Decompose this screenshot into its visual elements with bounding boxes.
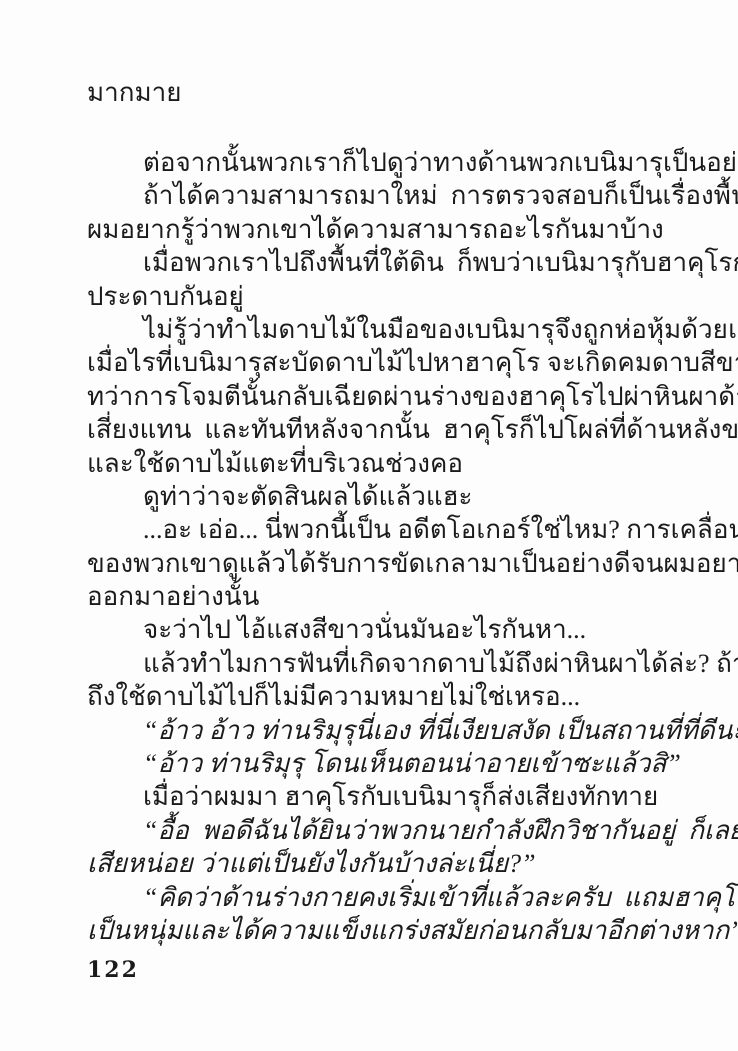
text-line: จะว่าไป ไอ้แสงสีขาวนั่นมันอะไรกันหา... bbox=[87, 613, 703, 646]
text-line: ดูท่าว่าจะตัดสินผลได้แล้วแฮะ bbox=[87, 480, 703, 513]
page-header-word: มากมาย bbox=[87, 76, 181, 109]
text-line: ถ้าได้ความสามารถมาใหม่ การตรวจสอบก็เป็นเ… bbox=[87, 179, 703, 212]
text-line: เสียหน่อย ว่าแต่เป็นยังไงกันบ้างล่ะเนี่ย… bbox=[87, 847, 703, 880]
text-line: และใช้ดาบไม้แตะที่บริเวณช่วงคอ bbox=[87, 447, 703, 480]
text-line: ประดาบกันอยู่ bbox=[87, 280, 703, 313]
text-line: ออกมาอย่างนั้น bbox=[87, 580, 703, 613]
text-line: “คิดว่าด้านร่างกายคงเริ่มเข้าที่แล้วละคร… bbox=[87, 881, 703, 914]
text-line: ...อะ เอ่อ... นี่พวกนี้เป็น อดีตโอเกอร์ใ… bbox=[87, 513, 703, 546]
text-line: ต่อจากนั้นพวกเราก็ไปดูว่าทางด้านพวกเบนิม… bbox=[87, 146, 703, 179]
text-line: ทว่าการโจมตีนั้นกลับเฉียดผ่านร่างของฮาคุ… bbox=[87, 380, 703, 413]
text-line: ของพวกเขาดูแล้วได้รับการขัดเกลามาเป็นอย่… bbox=[87, 547, 703, 580]
page-text-block: ต่อจากนั้นพวกเราก็ไปดูว่าทางด้านพวกเบนิม… bbox=[87, 146, 703, 947]
page-number: 122 bbox=[87, 956, 139, 984]
text-line: ผมอยากรู้ว่าพวกเขาได้ความสามารถอะไรกันมา… bbox=[87, 213, 703, 246]
book-page: มากมาย ต่อจากนั้นพวกเราก็ไปดูว่าทางด้านพ… bbox=[0, 0, 738, 1051]
text-line: เมื่อไรที่เบนิมารุสะบัดดาบไม้ไปหาฮาคุโร … bbox=[87, 346, 703, 379]
text-line: “อ้าว อ้าว ท่านริมุรุนี่เอง ที่นี่เงียบส… bbox=[87, 714, 703, 747]
text-line: เป็นหนุ่มและได้ความแข็งแกร่งสมัยก่อนกลับ… bbox=[87, 914, 703, 947]
text-line: ถึงใช้ดาบไม้ไปก็ไม่มีความหมายไม่ใช่เหรอ.… bbox=[87, 680, 703, 713]
text-line: “อ้าว ท่านริมุรุ โดนเห็นตอนน่าอายเข้าซะแ… bbox=[87, 747, 703, 780]
text-line: ไม่รู้ว่าทำไมดาบไม้ในมือของเบนิมารุจึงถู… bbox=[87, 313, 703, 346]
text-line: เมื่อพวกเราไปถึงพื้นที่ใต้ดิน ก็พบว่าเบน… bbox=[87, 246, 703, 279]
text-line: “อื้อ พอดีฉันได้ยินว่าพวกนายกำลังฝึกวิชา… bbox=[87, 814, 703, 847]
text-line: เมื่อว่าผมมา ฮาคุโรกับเบนิมารุก็ส่งเสียง… bbox=[87, 780, 703, 813]
text-line: แล้วทำไมการฟันที่เกิดจากดาบไม้ถึงผ่าหินผ… bbox=[87, 647, 703, 680]
text-line: เสี่ยงแทน และทันทีหลังจากนั้น ฮาคุโรก็ไป… bbox=[87, 413, 703, 446]
